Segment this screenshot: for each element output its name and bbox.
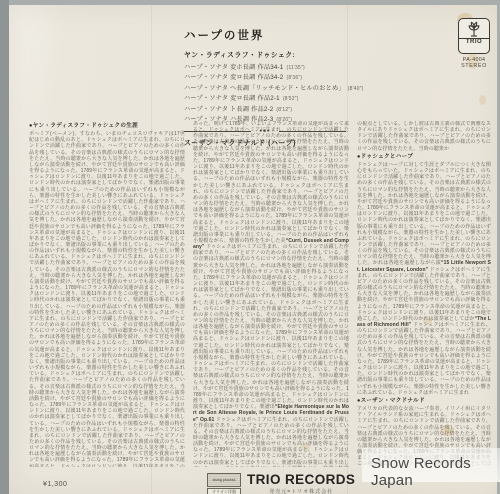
process-stamp: swing process オリオン洋盤 <box>207 473 241 494</box>
trio-records-logotype: TRIO RECORDS <box>247 473 355 487</box>
tree-logo-icon <box>466 21 482 38</box>
publisher-line: 発売元=トリオ株式会社 <box>247 488 355 494</box>
liner-notes-column-right: の視点としている。しかし彼は古典主義の様式で典雅なスタイルにありドゥシェクはボヘ… <box>357 121 491 467</box>
trio-logo-text: TRIO <box>459 38 489 46</box>
album-back-cover: ハープの世界 ヤン・ラディスラフ・ドゥシェク: ハープ・ソナタ 変ホ長調 作品3… <box>9 5 497 494</box>
track-row: ハープ・ソナタ 変ロ長調 作品34-2(8′36″) <box>184 73 364 83</box>
orion-label: オリオン洋盤 <box>207 488 241 494</box>
record-company-block: swing process オリオン洋盤 TRIO RECORDS 発売元=トリ… <box>207 473 355 494</box>
track-row: ハープ・ソナタ ト長調 作品2-2(8′12″) <box>184 105 364 115</box>
section-heading: ●ドゥシェクとハープ <box>357 154 491 160</box>
body-text: ボヘミア(ベーメン)、すなわち、いまのチェコスロヴァキアは17世紀はじめの動乱の… <box>29 131 185 467</box>
track-row: ハープ・ソナタ 変ロ長調 作品2-1(8′52″) <box>184 94 364 104</box>
body-text: の視点としている。しかし彼は古典主義の様式で典雅なスタイルにありドゥシェクはボヘ… <box>357 121 491 152</box>
album-title: ハープの世界 <box>184 27 364 43</box>
body-text: ドゥシェクはボヘミアに生まれ、のちにロンドンで活躍した作曲家であり、ハープとピア… <box>357 322 491 396</box>
watermark-text: Snow Records Japan <box>371 455 500 489</box>
section-heading: ●ヤン・ラディスラフ・ドゥシェクの生涯 <box>29 123 185 129</box>
trio-logo: TRIO <box>458 18 490 54</box>
liner-notes-column-middle: あった。明けて1789年、いよいよフランス革命の気運が高まって来ると、ドゥシェク… <box>193 121 349 467</box>
body-text: あった。明けて1789年、いよいよフランス革命の気運が高まって来ると、ドゥシェク… <box>193 121 349 244</box>
body-text: ドゥシェクはハープに対して生涯とダブルにつく大きな関心をもらっていた。ドゥシェク… <box>357 162 491 267</box>
stereo-label: STEREO <box>457 63 491 69</box>
stain-mark <box>479 95 486 105</box>
track-row: ハープ・ソナタ 変ホ長調 作品34-1(11′35″) <box>184 63 364 73</box>
track-row: ハープ・ソナタ ヘ長調「リッチモンド・ヒルのおとめ」(8′40″) <box>184 84 364 94</box>
body-text: ドゥシェクはボヘミアに生まれ、のちにロンドンで活躍した作曲家であり、ハープとピア… <box>193 244 349 410</box>
label-badge: TRIO PA-4004 STEREO <box>457 18 491 69</box>
section-heading: ●スーザン・マクドナルド <box>357 398 491 404</box>
body-text: ドゥシェクはボヘミアに生まれ、のちにロンドンで活躍した作曲家であり、ハープとピア… <box>357 267 491 322</box>
price-label: ¥1,300 <box>43 481 67 488</box>
liner-notes-column-left: ●ヤン・ラディスラフ・ドゥシェクの生涯ボヘミア(ベーメン)、すなわち、いまのチェ… <box>29 121 185 467</box>
composer-name: ヤン・ラディスラフ・ドゥシェク: <box>184 49 364 59</box>
body-text: ドゥシェクはボヘミアに生まれ、のちにロンドンで活躍した作曲家であり、ハープとピア… <box>193 417 349 468</box>
swing-process-stamp: swing process <box>207 473 241 487</box>
track-list: ハープ・ソナタ 変ホ長調 作品34-1(11′35″)ハープ・ソナタ 変ロ長調 … <box>184 63 364 125</box>
